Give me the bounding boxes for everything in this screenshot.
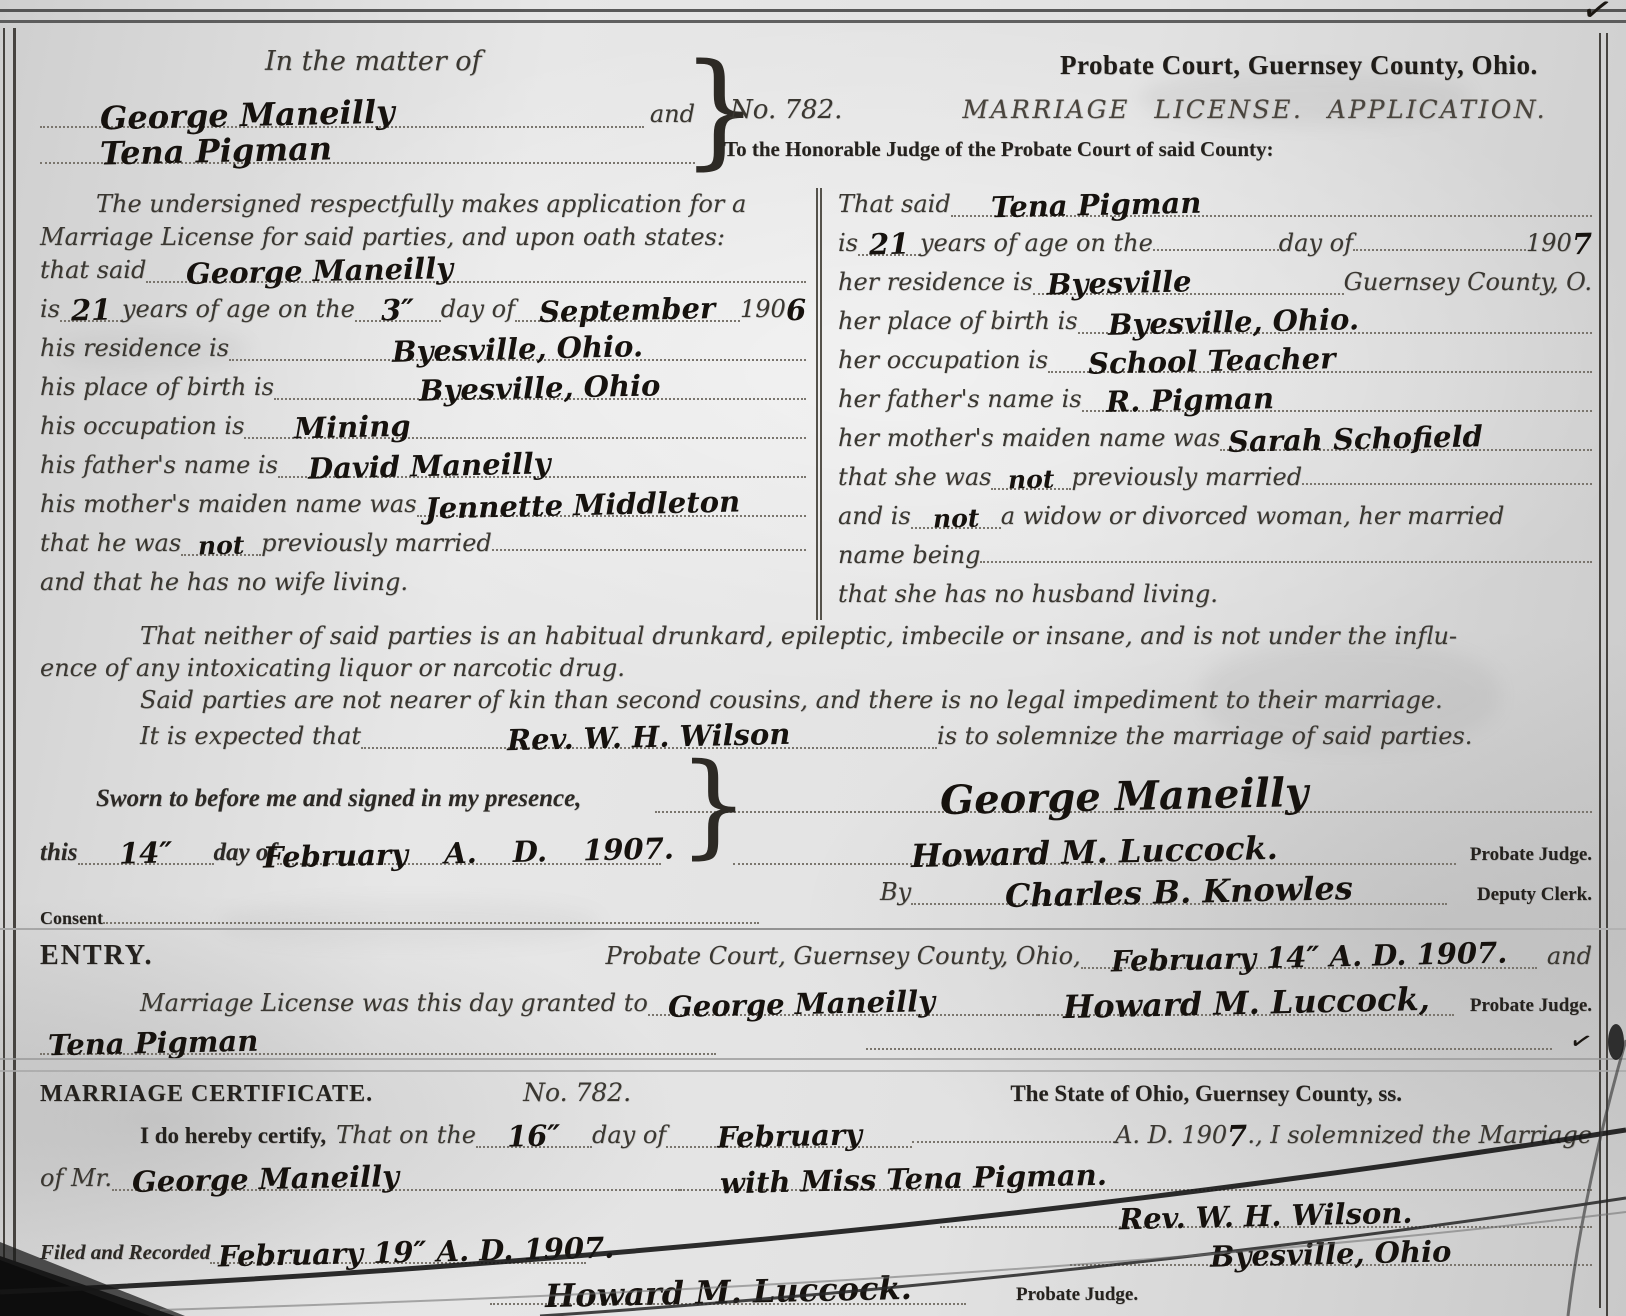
party1-name: George Maneilly bbox=[100, 98, 395, 133]
prev-married-pre: that he was bbox=[40, 527, 181, 559]
entry-judge-signature: Howard M. Luccock, bbox=[1062, 985, 1429, 1021]
cert-groom: George Maneilly bbox=[132, 1163, 400, 1195]
sworn-day-line: 14″ bbox=[78, 837, 214, 865]
entry-court: Probate Court, Guernsey County, Ohio, bbox=[605, 942, 1080, 970]
cert-minister-line: Rev. W. H. Wilson. bbox=[940, 1200, 1592, 1228]
residence-label: her residence is bbox=[838, 266, 1033, 298]
solemnized-tail: ., I solemnized the Marriage bbox=[1247, 1121, 1592, 1149]
cert-day-line: 16″ bbox=[476, 1120, 592, 1148]
filed-date-line: February 19″ A. D. 1907. bbox=[210, 1236, 586, 1264]
bride-father-line: R. Pigman bbox=[1082, 384, 1592, 412]
jurat-brace: } bbox=[678, 749, 749, 861]
father-label: his father's name is bbox=[40, 449, 278, 481]
prev-married-post: previously married bbox=[261, 527, 492, 559]
entry-groom-line: George Maneilly bbox=[648, 988, 1038, 1016]
marriage-certificate-section: MARRIAGE CERTIFICATE. No. 782. The State… bbox=[40, 1078, 1592, 1306]
groom-age-line: 21 bbox=[60, 294, 122, 322]
age-on-label: years of age on the bbox=[122, 293, 355, 325]
groom-birthplace-line: Byesville, Ohio bbox=[274, 372, 806, 400]
blank-day-line bbox=[1153, 249, 1279, 251]
groom-birth-day: 3″ bbox=[381, 297, 415, 324]
cert-month: February bbox=[716, 1121, 862, 1150]
groom-birth-year: 6 bbox=[786, 297, 807, 323]
bride-birthplace: Byesville, Ohio. bbox=[1107, 306, 1359, 338]
cert-groom-line: George Maneilly bbox=[112, 1163, 680, 1191]
jurat-block: } Sworn to before me and signed in my pr… bbox=[40, 755, 1592, 929]
ad-print: A. D. 190 bbox=[1115, 1121, 1227, 1149]
bride-widow-not-line: not bbox=[911, 505, 1001, 529]
court-heading: Probate Court, Guernsey County, Ohio. No… bbox=[730, 44, 1592, 162]
court-name: Probate Court, Guernsey County, Ohio. bbox=[1060, 50, 1592, 81]
name-being-label: name being bbox=[838, 539, 980, 571]
birthplace-label: her place of birth is bbox=[838, 305, 1078, 337]
party1-line: George Maneilly bbox=[40, 98, 644, 128]
occupation-label: his occupation is bbox=[40, 410, 244, 442]
applicant-signature: George Maneilly bbox=[939, 776, 1308, 818]
groom-name: George Maneilly bbox=[186, 255, 454, 287]
groom-name-line: George Maneilly bbox=[146, 255, 806, 283]
bride-occupation-line: School Teacher bbox=[1048, 345, 1592, 373]
deputy-signature-line: Charles B. Knowles bbox=[911, 875, 1447, 905]
occupation-label: her occupation is bbox=[838, 344, 1048, 376]
groom-birthplace: Byesville, Ohio bbox=[419, 372, 661, 403]
cert-month-line: February bbox=[666, 1120, 912, 1148]
salutation: To the Honorable Judge of the Probate Co… bbox=[724, 137, 1592, 162]
expected-label: It is expected that bbox=[140, 720, 361, 752]
blank-line bbox=[1302, 483, 1592, 485]
entry-heading: ENTRY. bbox=[40, 940, 153, 972]
probate-judge-label: Probate Judge. bbox=[1470, 844, 1592, 866]
cert-place-line: Byesville, Ohio bbox=[1070, 1238, 1592, 1266]
year-print: 190 bbox=[740, 293, 786, 325]
cert-judge-line: Howard M. Luccock. bbox=[490, 1275, 966, 1305]
sworn-day: 14″ bbox=[119, 839, 173, 866]
document-header: In the matter of George Maneilly and Ten… bbox=[40, 44, 1592, 186]
kinship-clause: Said parties are not nearer of kin than … bbox=[140, 684, 1592, 716]
entry-bride: Tena Pigman bbox=[48, 1028, 259, 1059]
top-border-line bbox=[0, 20, 1626, 23]
cert-day: 16″ bbox=[507, 1122, 561, 1149]
in-matter-of-label: In the matter of bbox=[265, 44, 695, 80]
day-of-label: day of bbox=[441, 293, 515, 325]
bride-mother: Sarah Schofield bbox=[1228, 423, 1483, 455]
groom-occupation: Mining bbox=[294, 413, 411, 442]
scanned-marriage-record-page: ✓ In the matter of George Maneilly and T… bbox=[0, 0, 1626, 1316]
state-caption: The State of Ohio, Guernsey County, ss. bbox=[1010, 1081, 1402, 1107]
bride-widow-not: not bbox=[932, 507, 979, 530]
consent-line bbox=[103, 922, 759, 924]
cert-bride-line: with Miss Tena Pigman. bbox=[680, 1163, 1592, 1191]
mother-label: her mother's maiden name was bbox=[838, 422, 1220, 454]
of-mr-label: of Mr. bbox=[40, 1164, 112, 1192]
affidavit-paragraphs: That neither of said parties is an habit… bbox=[40, 620, 1592, 752]
widow-post: a widow or divorced woman, her married bbox=[1001, 500, 1505, 532]
intro-line2: Marriage License for said parties, and u… bbox=[40, 221, 806, 254]
groom-father: David Maneilly bbox=[308, 450, 551, 481]
entry-judge-line: Howard M. Luccock, bbox=[1038, 986, 1454, 1016]
groom-residence-line: Byesville, Ohio. bbox=[229, 333, 806, 361]
deputy-clerk-label: Deputy Clerk. bbox=[1477, 884, 1592, 906]
pen-check-mark-icon: ✓ bbox=[1566, 1024, 1596, 1059]
deputy-signature: Charles B. Knowles bbox=[1005, 874, 1353, 910]
bride-column: That said Tena Pigman is 21 years of age… bbox=[816, 188, 1592, 620]
probate-judge-label: Probate Judge. bbox=[1016, 1284, 1138, 1306]
drunkard-clause-line1: That neither of said parties is an habit… bbox=[140, 620, 1592, 652]
groom-not: not bbox=[198, 534, 245, 557]
residence-label: his residence is bbox=[40, 332, 229, 364]
section-divider-line bbox=[0, 928, 1626, 930]
bride-occupation: School Teacher bbox=[1088, 345, 1336, 377]
that-said-label: that said bbox=[40, 254, 146, 286]
bride-age: 21 bbox=[869, 231, 910, 258]
right-border-line bbox=[1599, 33, 1601, 1308]
groom-mother: Jennette Middleton bbox=[424, 488, 740, 521]
section-divider-line bbox=[0, 1058, 1626, 1072]
groom-residence: Byesville, Ohio. bbox=[392, 333, 644, 365]
groom-birthmonth-line: September bbox=[515, 294, 740, 322]
party2-line: Tena Pigman bbox=[40, 134, 695, 164]
groom-birthday-line: 3″ bbox=[355, 294, 441, 322]
drunkard-clause-line2: ence of any intoxicating liquor or narco… bbox=[40, 652, 1592, 684]
blank-line bbox=[492, 549, 806, 551]
consent-label: Consent bbox=[40, 908, 103, 929]
day-of-label: day of bbox=[592, 1121, 666, 1149]
prev-married-post: previously married bbox=[1071, 461, 1302, 493]
judge-signature-line: Howard M. Luccock. bbox=[733, 835, 1456, 865]
probate-judge-label: Probate Judge. bbox=[1470, 995, 1592, 1017]
cert-judge-signature: Howard M. Luccock. bbox=[544, 1274, 911, 1310]
party2-name: Tena Pigman bbox=[100, 134, 333, 167]
blank-month-line bbox=[1353, 249, 1526, 251]
judge-signature: Howard M. Luccock. bbox=[911, 834, 1278, 870]
right-border-line bbox=[1606, 33, 1608, 1316]
residence-suffix: Guernsey County, O. bbox=[1344, 266, 1592, 298]
bride-not: not bbox=[1008, 468, 1055, 491]
that-on-label: That on the bbox=[336, 1121, 476, 1149]
bride-father: R. Pigman bbox=[1105, 385, 1274, 415]
mother-label: his mother's maiden name was bbox=[40, 488, 417, 520]
certify-label: I do hereby certify, bbox=[140, 1123, 326, 1149]
case-number: No. 782. bbox=[730, 95, 842, 125]
age-is-label: is bbox=[838, 227, 858, 259]
cert-minister-signature: Rev. W. H. Wilson. bbox=[1119, 1200, 1413, 1233]
applicant-signature-line: George Maneilly bbox=[655, 777, 1592, 813]
age-is-label: is bbox=[40, 293, 60, 325]
blank-line bbox=[980, 561, 1592, 563]
bride-residence: Byesville bbox=[1046, 268, 1191, 297]
bride-name: Tena Pigman bbox=[990, 190, 1201, 221]
sworn-date-line: February A. D. 1907. bbox=[277, 837, 661, 865]
left-border-line bbox=[13, 28, 16, 1270]
bride-residence-line: Byesville bbox=[1033, 267, 1344, 295]
that-said-label: That said bbox=[838, 188, 951, 220]
certificate-number: No. 782. bbox=[523, 1078, 631, 1107]
form-title: MARRIAGE LICENSE. APPLICATION. bbox=[962, 95, 1547, 124]
groom-father-line: David Maneilly bbox=[278, 450, 806, 478]
certificate-heading: MARRIAGE CERTIFICATE. bbox=[40, 1081, 373, 1108]
bride-name-line: Tena Pigman bbox=[951, 189, 1592, 217]
groom-column: The undersigned respectfully makes appli… bbox=[40, 188, 816, 620]
day-of-label: day of bbox=[1279, 227, 1353, 259]
bride-age-line: 21 bbox=[858, 228, 920, 256]
intro-line1: The undersigned respectfully makes appli… bbox=[96, 188, 806, 221]
groom-occupation-line: Mining bbox=[244, 411, 806, 439]
minister-line: Rev. W. H. Wilson bbox=[361, 721, 937, 749]
birthplace-label: his place of birth is bbox=[40, 371, 274, 403]
bride-mother-line: Sarah Schofield bbox=[1220, 423, 1592, 451]
widow-pre: and is bbox=[838, 500, 911, 532]
groom-age: 21 bbox=[71, 297, 112, 324]
solemnize-label: is to solemnize the marriage of said par… bbox=[937, 720, 1472, 752]
cert-minister-place: Byesville, Ohio bbox=[1210, 1238, 1452, 1269]
bride-not-line: not bbox=[991, 466, 1071, 490]
top-border-line bbox=[0, 9, 1626, 12]
sworn-date: February A. D. 1907. bbox=[263, 835, 674, 870]
filed-date: February 19″ A. D. 1907. bbox=[218, 1235, 615, 1270]
application-columns: The undersigned respectfully makes appli… bbox=[40, 188, 1592, 620]
case-caption: In the matter of George Maneilly and Ten… bbox=[40, 44, 695, 164]
age-on-label: years of age on the bbox=[920, 227, 1153, 259]
no-husband-statement: that she has no husband living. bbox=[838, 578, 1218, 610]
filed-label: Filed and Recorded bbox=[40, 1240, 210, 1265]
no-wife-statement: and that he has no wife living. bbox=[40, 566, 408, 598]
groom-birth-month: September bbox=[539, 295, 716, 325]
bride-birth-year: 7 bbox=[1572, 231, 1593, 257]
entry-bride-line: Tena Pigman bbox=[40, 1027, 716, 1055]
cert-year: 7 bbox=[1227, 1123, 1248, 1149]
blank-line bbox=[912, 1141, 1115, 1143]
groom-not-line: not bbox=[181, 532, 261, 556]
bride-birthplace-line: Byesville, Ohio. bbox=[1078, 306, 1592, 334]
left-border-line bbox=[3, 28, 5, 1282]
cert-bride: with Miss Tena Pigman. bbox=[720, 1162, 1107, 1197]
entry-date: February 14″ A. D. 1907. bbox=[1110, 940, 1507, 975]
prev-married-pre: that she was bbox=[838, 461, 991, 493]
groom-mother-line: Jennette Middleton bbox=[417, 489, 806, 517]
sworn-statement: Sworn to before me and signed in my pres… bbox=[96, 785, 581, 813]
pen-check-mark-icon: ✓ bbox=[1577, 0, 1616, 34]
entry-groom: George Maneilly bbox=[668, 988, 936, 1020]
this-label: this bbox=[40, 839, 78, 867]
by-label: By bbox=[880, 878, 911, 906]
blank-line bbox=[866, 1048, 1552, 1050]
entry-and-label: and bbox=[1547, 942, 1592, 970]
year-print: 190 bbox=[1526, 227, 1572, 259]
entry-date-line: February 14″ A. D. 1907. bbox=[1081, 941, 1537, 969]
entry-section: ENTRY. Probate Court, Guernsey County, O… bbox=[40, 940, 1592, 1057]
granted-label: Marriage License was this day granted to bbox=[140, 989, 648, 1017]
father-label: her father's name is bbox=[838, 383, 1082, 415]
